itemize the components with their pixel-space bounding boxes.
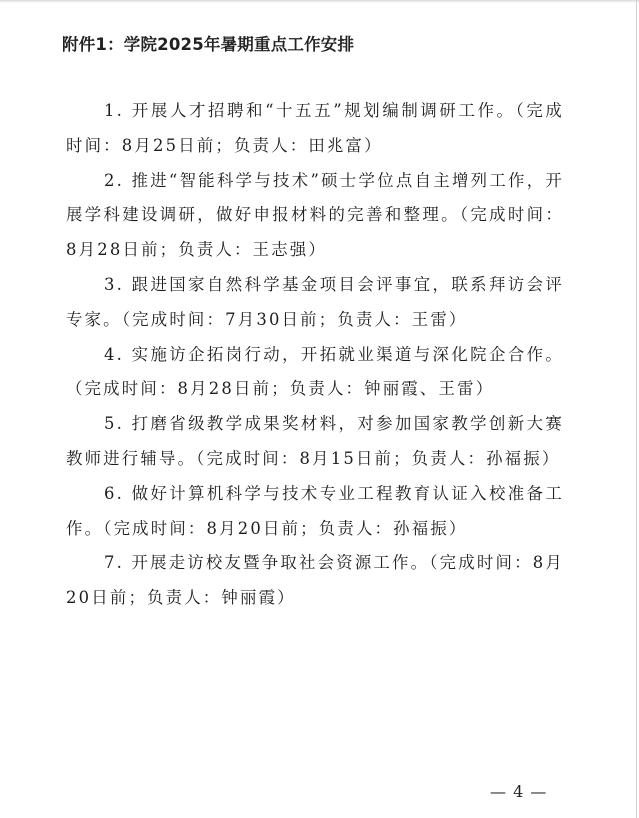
task-item-4: 4. 实施访企拓岗行动，开拓就业渠道与深化院企合作。（完成时间：8月28日前；负… <box>66 338 564 408</box>
page-number: — 4 — <box>490 782 547 801</box>
task-item-1: 1. 开展人才招聘和“十五五”规划编制调研工作。（完成时间：8月25日前；负责人… <box>66 94 564 164</box>
page-right-edge <box>636 0 637 818</box>
task-item-3: 3. 跟进国家自然科学基金项目会评事宜，联系拜访会评专家。（完成时间：7月30日… <box>66 268 564 338</box>
task-list: 1. 开展人才招聘和“十五五”规划编制调研工作。（完成时间：8月25日前；负责人… <box>66 94 564 616</box>
task-item-7: 7. 开展走访校友暨争取社会资源工作。（完成时间：8月20日前；负责人：钟丽霞） <box>66 546 564 616</box>
task-item-6: 6. 做好计算机科学与技术专业工程教育认证入校准备工作。（完成时间：8月20日前… <box>66 477 564 547</box>
task-item-5: 5. 打磨省级教学成果奖材料，对参加国家教学创新大赛教师进行辅导。（完成时间：8… <box>66 407 564 477</box>
task-item-2: 2. 推进“智能科学与技术”硕士学位点自主增列工作，开展学科建设调研，做好申报材… <box>66 164 564 268</box>
page-top-shadow <box>0 0 639 3</box>
document-title: 附件1：学院2025年暑期重点工作安排 <box>62 31 354 55</box>
